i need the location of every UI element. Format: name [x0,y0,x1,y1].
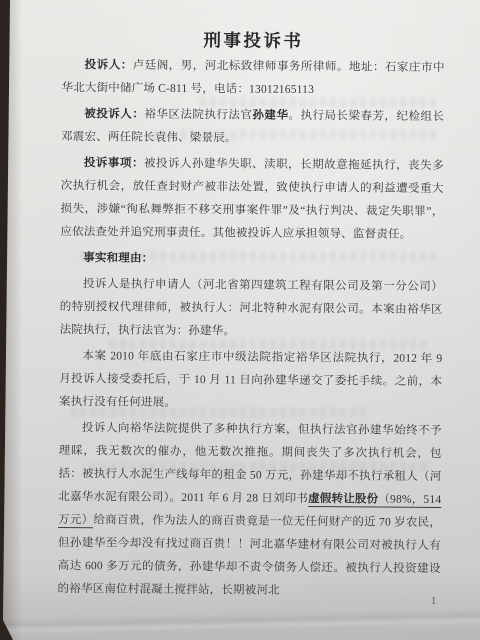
paragraph-complaint-matter: 投诉事项：被投诉人孙建华失职、渎职，长期故意拖延执行，丧失多次执行机会，放任查封… [60,152,444,247]
paper-sheet: 刑事投诉书 投诉人：卢廷阁，男，河北标致律师事务所律师。地址：石家庄市中华北大街… [0,0,480,640]
paragraph-facts-1: 投诉人是执行申请人（河北省第四建筑工程有限公司及第一分公司）的特别授权代理律师，… [60,273,444,345]
paper-crease [0,609,480,635]
facts-2-text: 本案 2010 年底由石家庄市中级法院指定裕华区法院执行，2012 年 9 月投… [59,350,442,409]
document-title: 刑事投诉书 [62,26,445,55]
paragraph-complainant: 投诉人：卢廷阁，男，河北标致律师事务所律师。地址：石家庄市中华北大街中储广场 C… [61,54,444,103]
paragraph-respondents: 被投诉人：裕华区法院执行法官孙建华。执行局长梁春芳，纪检组长邓震宏、两任院长袁伟… [61,103,444,152]
paragraph-facts-2: 本案 2010 年底由石家庄市中级法院指定裕华区法院执行，2012 年 9 月投… [59,345,443,417]
document-photo: 刑事投诉书 投诉人：卢廷阁，男，河北标致律师事务所律师。地址：石家庄市中华北大街… [0,0,480,640]
facts-1-text: 投诉人是执行申请人（河北省第四建筑工程有限公司及第一分公司）的特别授权代理律师，… [60,278,443,337]
page-number: 1 [431,596,436,607]
complainant-label: 投诉人： [85,59,133,71]
section-heading-facts: 事实和理由： [60,247,443,273]
complaint-matter-text: 被投诉人孙建华失职、渎职，长期故意拖延执行，丧失多次执行机会，放任查封财产被非法… [60,158,444,241]
complaint-matter-label: 投诉事项： [84,157,144,169]
facts-3-text-pre: 投诉人向裕华法院提供了多种执行方案，但执行法官孙建华始终不予理睬，我无数次的催办… [58,422,442,505]
respondents-label: 被投诉人： [84,108,144,120]
respondents-text-pre: 裕华区法院执行法官 [144,109,252,122]
facts-3-text-post: 给商百贵，作为法人的商百贵竟是一位无任何财产的近 70 岁农民，但孙建华至今却没… [58,514,442,596]
document-content: 刑事投诉书 投诉人：卢廷阁，男，河北标致律师事务所律师。地址：石家庄市中华北大街… [57,26,445,607]
respondent-name: 孙建华 [252,109,288,121]
section-heading-label: 事实和理由： [83,252,153,265]
paragraph-facts-3: 投诉人向裕华法院提供了多种执行方案，但执行法官孙建华始终不予理睬，我无数次的催办… [57,417,441,604]
facts-3-emphasis-bold: 虚假转让股份 [308,493,378,508]
